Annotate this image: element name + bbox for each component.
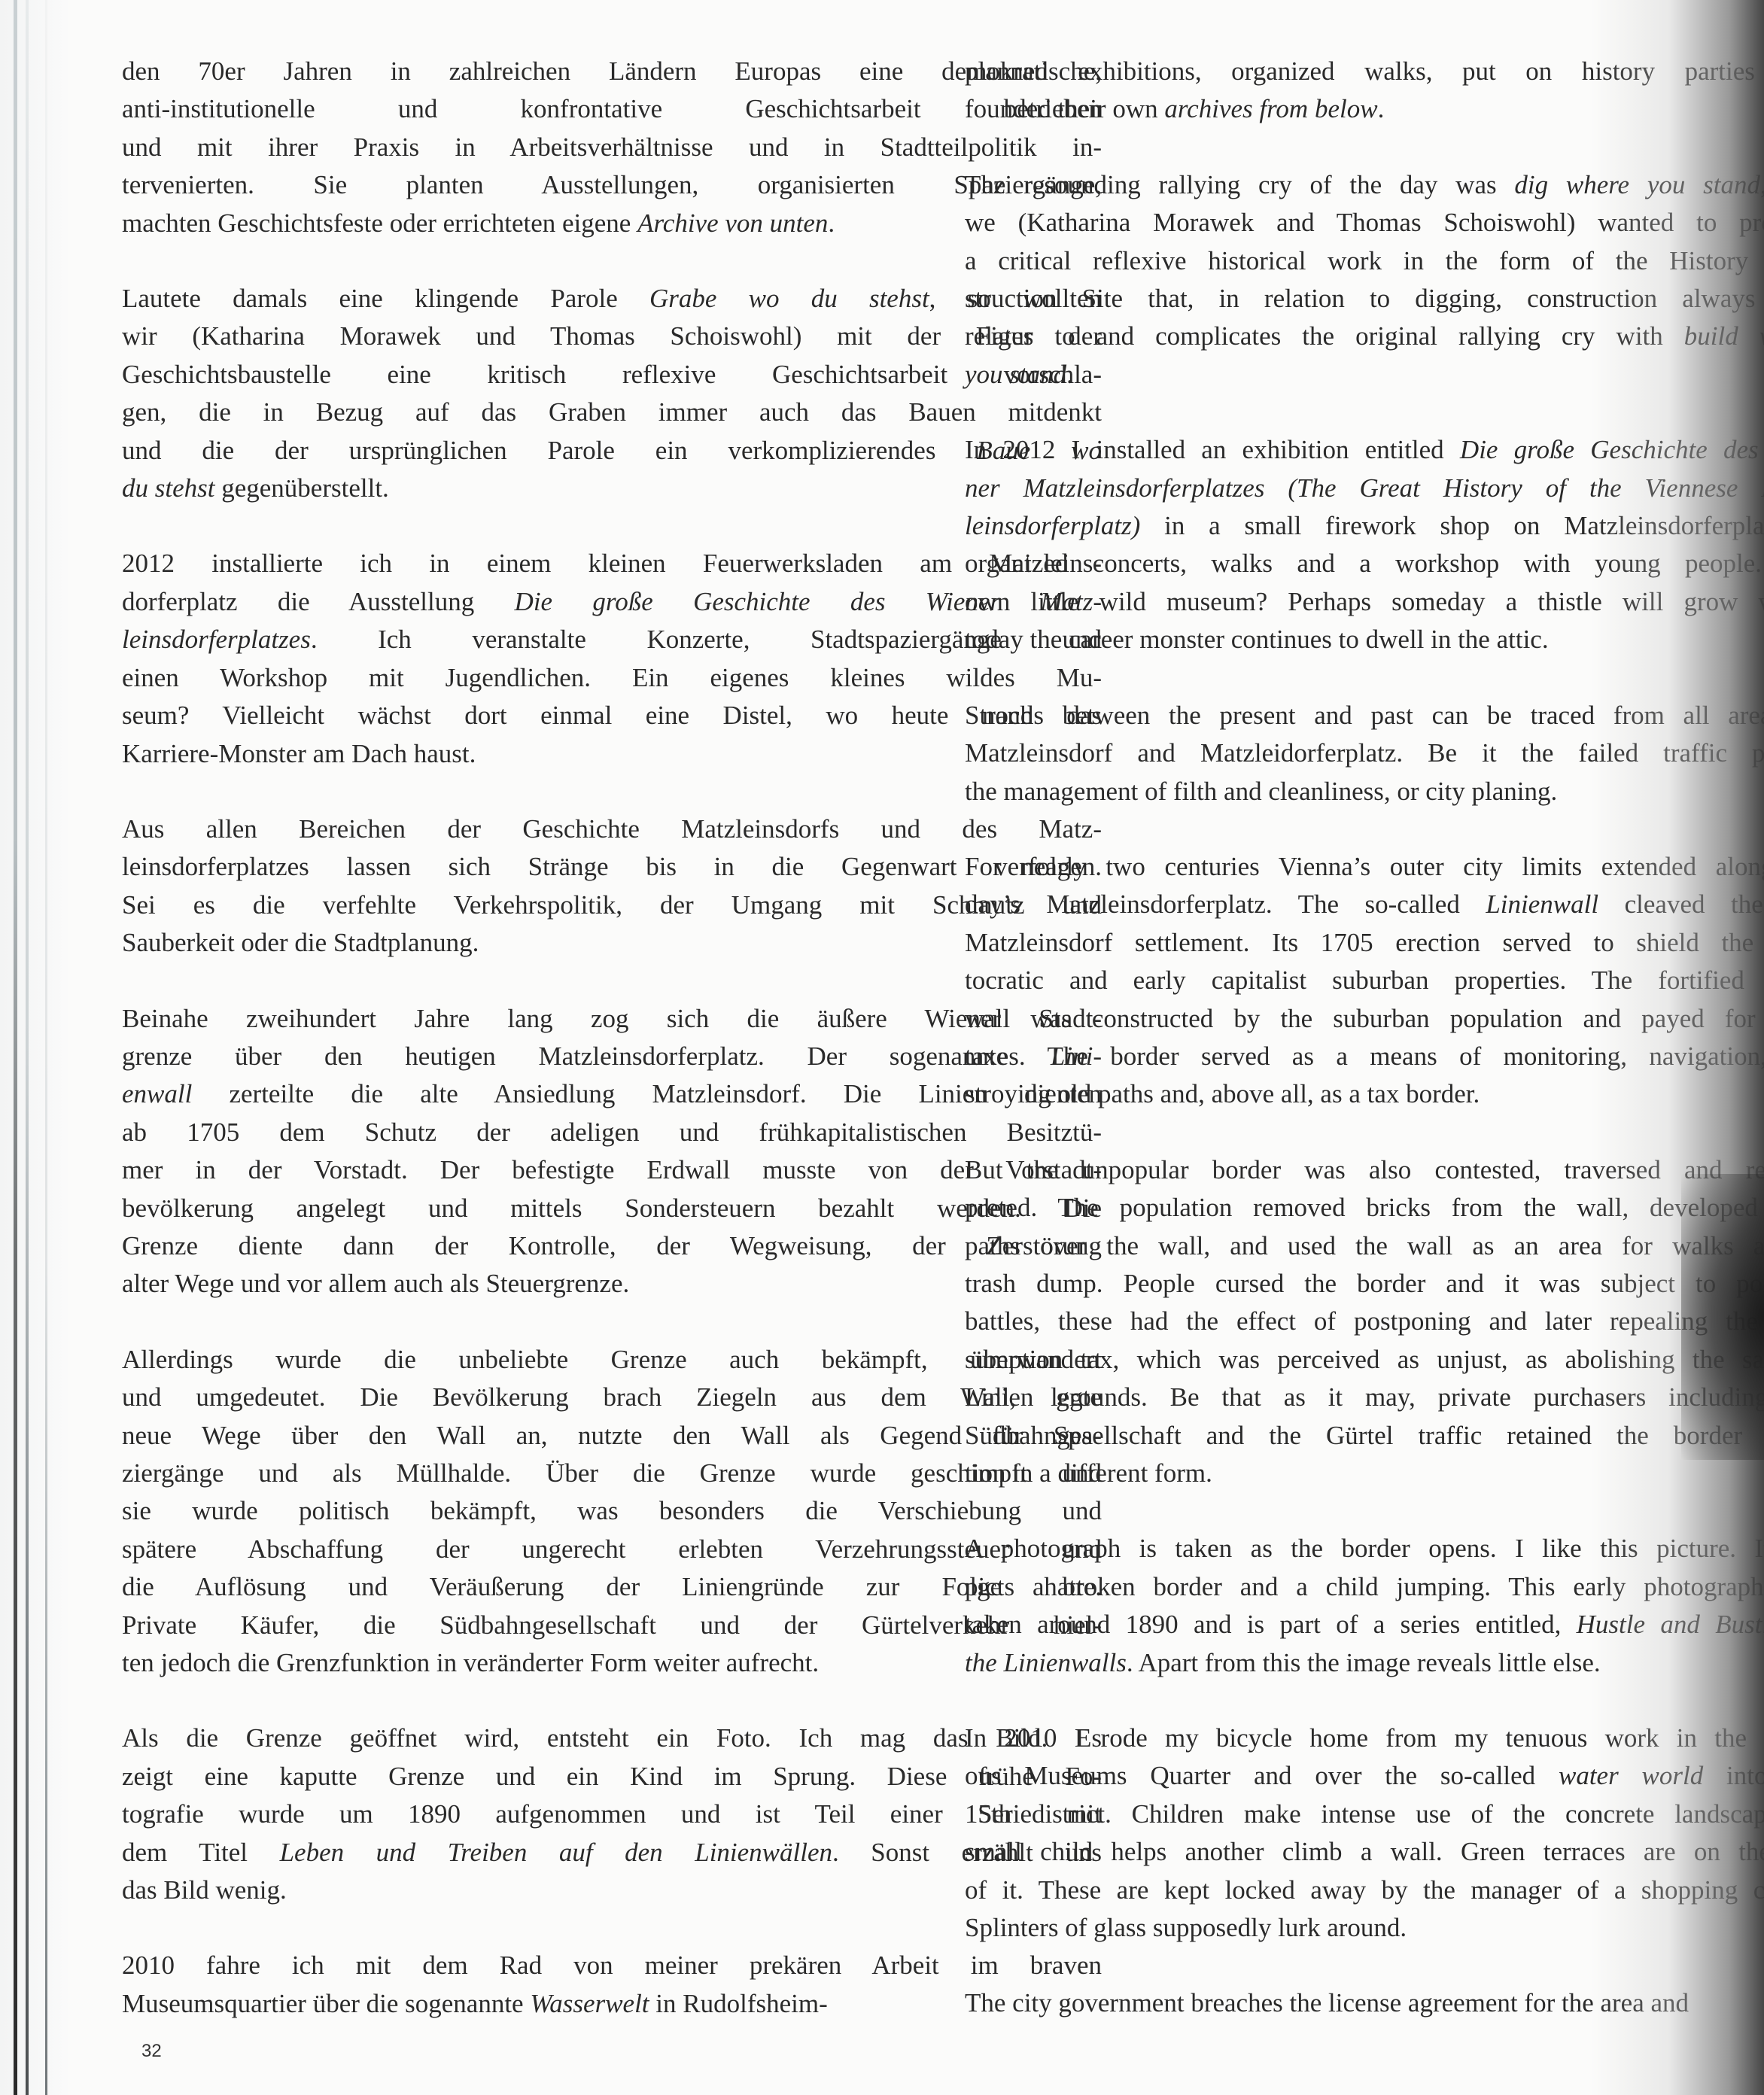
text-line: organized concerts, walks and a workshop… [965,545,1764,582]
text-run: machten Geschichtsfeste oder errichteten… [122,208,637,238]
page-binding-edge [0,0,68,2095]
text-line: Matzleinsdorf and Matzleidorferplatz. Be… [965,734,1764,772]
text-run: , and [1760,170,1764,199]
page-edge-line [14,0,17,2095]
text-line: The resounding rallying cry of the day w… [965,166,1764,204]
text-line: In 2010 I rode my bicycle home from my t… [965,1719,1764,1757]
text-run: day’s Matzleinsdorferplatz. The so-calle… [965,889,1486,919]
text-line: you stand. [965,356,1764,394]
text-line: A photograph is taken as the border open… [965,1530,1764,1567]
text-line: dem Titel Leben und Treiben auf den Lini… [122,1834,1102,1872]
text-run: taken around 1890 and is part of a serie… [965,1610,1577,1639]
text-line: tervenierten. Sie planten Ausstellungen,… [122,166,1102,204]
text-line: Karriere-Monster am Dach haust. [122,735,1102,773]
text-line: trash dump. People cursed the border and… [965,1265,1764,1303]
paragraph: For nearly two centuries Vienna’s outer … [965,848,1764,1114]
text-line: Lautete damals eine klingende Parole Gra… [122,280,1102,318]
paragraph: A photograph is taken as the border open… [965,1530,1764,1682]
paragraph: den 70er Jahren in zahlreichen Ländern E… [122,53,1102,242]
paragraph: In 2010 I rode my bicycle home from my t… [965,1719,1764,1947]
text-line: leinsdorferplatzes. Ich veranstalte Konz… [122,621,1102,658]
text-run: . [1066,360,1073,389]
italic-title-run: Leben und Treiben auf den Linienwällen [280,1838,832,1867]
text-line: den 70er Jahren in zahlreichen Ländern E… [122,53,1102,90]
text-line: Linien grounds. Be that as it may, priva… [965,1379,1764,1416]
italic-title-run: Hustle and Bustle on [1577,1610,1764,1639]
text-line: die Auflösung und Veräußerung der Linien… [122,1568,1102,1606]
text-line: But the unpopular border was also contes… [965,1151,1764,1189]
text-line: Südbahngesellschaft and the Gürtel traff… [965,1417,1764,1455]
italic-title-run: dig where you stand [1514,170,1760,199]
text-run: . [828,208,835,238]
text-line: du stehst gegenüberstellt. [122,470,1102,507]
text-line: leinsdorferplatz) in a small firework sh… [965,507,1764,545]
text-line: sumption tax, which was perceived as unj… [965,1341,1764,1379]
italic-title-run: Die große Geschichte des Wie- [1460,435,1764,464]
text-line: zeigt eine kaputte Grenze und ein Kind i… [122,1758,1102,1795]
text-line: alter Wege und vor allem auch als Steuer… [122,1265,1102,1303]
text-line: own little wild museum? Perhaps someday … [965,583,1764,621]
text-line: und mit ihrer Praxis in Arbeitsverhältni… [122,129,1102,166]
italic-title-run: archives from below [1164,94,1377,123]
text-run: In 2012 I installed an exhibition entitl… [965,435,1460,464]
text-line: einen Workshop mit Jugendlichen. Ein eig… [122,659,1102,697]
text-line: Private Käufer, die Südbahngesellschaft … [122,1607,1102,1644]
text-line: bevölkerung angelegt und mittels Sonders… [122,1190,1102,1227]
text-line: day’s Matzleinsdorferplatz. The so-calle… [965,886,1764,923]
text-line: battles, these had the effect of postpon… [965,1303,1764,1340]
text-line: of it. These are kept locked away by the… [965,1872,1764,1909]
text-line: dorferplatz die Ausstellung Die große Ge… [122,583,1102,621]
text-line: tion in a different form. [965,1455,1764,1492]
text-line: enwall zerteilte die alte Ansiedlung Mat… [122,1075,1102,1113]
text-line: Grenze diente dann der Kontrolle, der We… [122,1227,1102,1265]
text-line: planned exhibitions, organized walks, pu… [965,53,1764,90]
text-run: dorferplatz die Ausstellung [122,587,515,616]
text-run: ous Museums Quarter and over the so-call… [965,1761,1559,1790]
text-run: Museumsquartier über die sogenannte [122,1989,530,2018]
paragraph: Als die Grenze geöffnet wird, entsteht e… [122,1719,1102,1909]
italic-title-run: du stehst [122,473,214,503]
text-run: gegenüberstellt. [214,473,388,503]
italic-title-run: Wasserwelt [530,1989,649,2018]
text-line: anti-institutionelle und konfrontative G… [122,90,1102,128]
text-run: dem Titel [122,1838,280,1867]
italic-title-run: water world [1559,1761,1703,1790]
text-run: into the [1703,1761,1764,1790]
text-line: spätere Abschaffung der ungerecht erlebt… [122,1531,1102,1568]
text-line: mer in der Vorstadt. Der befestigte Erdw… [122,1151,1102,1189]
text-line: das Bild wenig. [122,1872,1102,1909]
text-line: wir (Katharina Morawek und Thomas Schois… [122,318,1102,355]
italic-title-run: leinsdorferplatz) [965,511,1140,540]
paragraph: Lautete damals eine klingende Parole Gra… [122,280,1102,507]
text-line: 15th district. Children make intense use… [965,1795,1764,1833]
paragraph: But the unpopular border was also contes… [965,1151,1764,1493]
text-run: in a small firework shop on Matzleinsdor… [1140,511,1764,540]
text-line: picts a broken border and a child jumpin… [965,1568,1764,1606]
book-page-spread: den 70er Jahren in zahlreichen Ländern E… [0,0,1764,2095]
paragraph: The city government breaches the license… [965,1984,1764,2022]
text-line: ziergänge und als Müllhalde. Über die Gr… [122,1455,1102,1492]
text-line: Als die Grenze geöffnet wird, entsteht e… [122,1719,1102,1757]
text-line: a critical reflexive historical work in … [965,242,1764,280]
text-line: we (Katharina Morawek and Thomas Schoisw… [965,204,1764,242]
italic-title-run: Linienwall [1486,889,1598,919]
text-run: . Apart from this the image reveals litt… [1127,1648,1601,1677]
text-run: Lautete damals eine klingende Parole [122,284,649,313]
italic-title-run: build where [1684,321,1764,351]
text-line: The city government breaches the license… [965,1984,1764,2022]
italic-title-run: ner Matzleinsdorferplatzes (The Great Hi… [965,473,1764,503]
text-run: The resounding rallying cry of the day w… [965,170,1514,199]
text-line: grenze über den heutigen Matzleinsdorfer… [122,1038,1102,1075]
text-line: For nearly two centuries Vienna’s outer … [965,848,1764,886]
italic-title-run: you stand [965,360,1066,389]
text-line: Aus allen Bereichen der Geschichte Matzl… [122,810,1102,848]
text-line: 2012 installierte ich in einem kleinen F… [122,545,1102,582]
text-line: und umgedeutet. Die Bevölkerung brach Zi… [122,1379,1102,1416]
paragraph: Strands between the present and past can… [965,697,1764,810]
text-line: preted. The population removed bricks fr… [965,1189,1764,1227]
text-run: und die der ursprünglichen Parole ein ve… [122,436,976,465]
text-line: ner Matzleinsdorferplatzes (The Great Hi… [965,470,1764,507]
text-line: machten Geschichtsfeste oder errichteten… [122,205,1102,242]
paragraph: Aus allen Bereichen der Geschichte Matzl… [122,810,1102,962]
text-line: founded their own archives from below. [965,90,1764,128]
text-run: . [1378,94,1385,123]
text-line: Strands between the present and past can… [965,697,1764,734]
text-line: taken around 1890 and is part of a serie… [965,1606,1764,1643]
text-line: small child helps another climb a wall. … [965,1833,1764,1871]
text-line: Geschichtsbaustelle eine kritisch reflex… [122,356,1102,394]
text-line: Sei es die verfehlte Verkehrspolitik, de… [122,886,1102,924]
text-run: grenze über den heutigen Matzleinsdorfer… [122,1041,1051,1071]
text-line: 2010 fahre ich mit dem Rad von meiner pr… [122,1947,1102,1984]
text-line: the Linienwalls. Apart from this the ima… [965,1644,1764,1682]
text-run: cleaved the old [1598,889,1764,919]
text-line: ten jedoch die Grenzfunktion in veränder… [122,1644,1102,1682]
page-edge-line [26,0,29,2095]
text-run: founded their own [965,94,1164,123]
text-line: today the career monster continues to dw… [965,621,1764,658]
italic-title-run: Archive von unten [637,208,828,238]
text-line: sie wurde politisch bekämpft, was besond… [122,1492,1102,1530]
paragraph: The resounding rallying cry of the day w… [965,166,1764,394]
text-line: struction Site that, in relation to digg… [965,280,1764,318]
paragraph: Allerdings wurde die unbeliebte Grenze a… [122,1341,1102,1683]
paragraph: Beinahe zweihundert Jahre lang zog sich … [122,1000,1102,1303]
text-line: Beinahe zweihundert Jahre lang zog sich … [122,1000,1102,1038]
text-line: ous Museums Quarter and over the so-call… [965,1757,1764,1795]
text-line: und die der ursprünglichen Parole ein ve… [122,432,1102,470]
paragraph: planned exhibitions, organized walks, pu… [965,53,1764,129]
text-line: ab 1705 dem Schutz der adeligen und früh… [122,1114,1102,1151]
paragraph: 2012 installierte ich in einem kleinen F… [122,545,1102,772]
text-line: Allerdings wurde die unbeliebte Grenze a… [122,1341,1102,1379]
text-line: seum? Vielleicht wächst dort einmal eine… [122,697,1102,734]
paragraph: 2010 fahre ich mit dem Rad von meiner pr… [122,1947,1102,2023]
text-line: wall was constructed by the suburban pop… [965,1000,1764,1038]
text-line: Splinters of glass supposedly lurk aroun… [965,1909,1764,1947]
text-line: the management of filth and cleanliness,… [965,773,1764,810]
text-run: in Rudolfsheim- [649,1989,828,2018]
right-text-column-english: planned exhibitions, organized walks, pu… [965,53,1764,2060]
text-line: gen, die in Bezug auf das Graben immer a… [122,394,1102,431]
text-line: stroying old paths and, above all, as a … [965,1075,1764,1113]
italic-title-run: leinsdorferplatzes [122,625,311,654]
text-line: paths over the wall, and used the wall a… [965,1227,1764,1265]
italic-title-run: Grabe wo du stehst [649,284,929,313]
text-run: relates to and complicates the original … [965,321,1684,351]
paragraph: In 2012 I installed an exhibition entitl… [965,431,1764,658]
page-number: 32 [141,2041,162,2062]
text-line: tografie wurde um 1890 aufgenommen und i… [122,1795,1102,1833]
page-edge-line [45,0,47,2095]
text-line: relates to and complicates the original … [965,318,1764,355]
left-text-column-german: den 70er Jahren in zahlreichen Ländern E… [122,53,1102,2060]
italic-title-run: the Linienwalls [965,1648,1127,1677]
text-line: In 2012 I installed an exhibition entitl… [965,431,1764,469]
text-line: taxes. The border served as a means of m… [965,1038,1764,1075]
text-line: tocratic and early capitalist suburban p… [965,962,1764,999]
text-line: Matzleinsdorf settlement. Its 1705 erect… [965,924,1764,962]
text-line: Sauberkeit oder die Stadtplanung. [122,924,1102,962]
italic-title-run: enwall [122,1079,192,1108]
text-line: leinsdorferplatzes lassen sich Stränge b… [122,848,1102,886]
text-line: Museumsquartier über die sogenannte Wass… [122,1985,1102,2023]
text-line: neue Wege über den Wall an, nutzte den W… [122,1417,1102,1455]
